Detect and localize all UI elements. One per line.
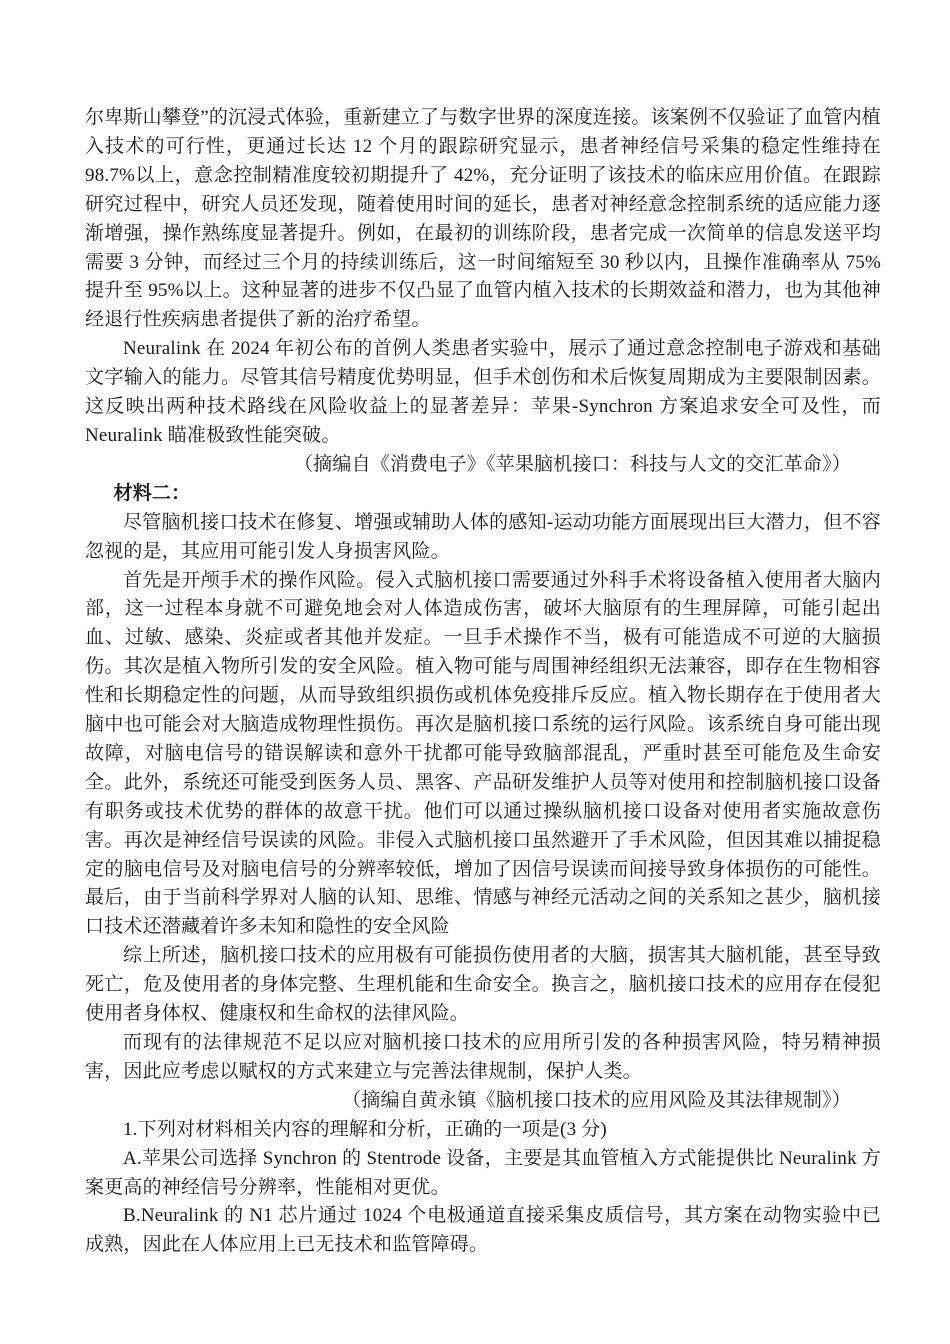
question1-stem: 1.下列对材料相关内容的理解和分析，正确的一项是(3 分) (85, 1116, 881, 1145)
material2-paragraph-legal: 而现有的法律规范不足以应对脑机接口技术的应用所引发的各种损害风险，特另精神损害，… (85, 1029, 881, 1087)
material1-attribution: （摘编自《消费电子》《苹果脑机接口：科技与人文的交汇革命》） (85, 451, 881, 480)
material1-paragraph-continuation: 尔卑斯山攀登”的沉浸式体验，重新建立了与数字世界的深度连接。该案例不仅验证了血管… (85, 104, 881, 335)
material2-paragraph-risks: 首先是开颅手术的操作风险。侵入式脑机接口需要通过外科手术将设备植入使用者大脑内部… (85, 567, 881, 943)
question1-option-a: A.苹果公司选择 Synchron 的 Stentrode 设备，主要是其血管植… (85, 1145, 881, 1203)
material2-paragraph-summary: 综上所述，脑机接口技术的应用极有可能损伤使用者的大脑，损害其大脑机能，甚至导致死… (85, 942, 881, 1029)
material2-attribution: （摘编自黄永镇《脑机接口技术的应用风险及其法律规制》） (85, 1087, 881, 1116)
material1-paragraph-neuralink: Neuralink 在 2024 年初公布的首例人类患者实验中，展示了通过意念控… (85, 335, 881, 451)
question1-option-b: B.Neuralink 的 N1 芯片通过 1024 个电极通道直接采集皮质信号… (85, 1202, 881, 1260)
material2-heading: 材料二： (85, 480, 881, 509)
document-page: 尔卑斯山攀登”的沉浸式体验，重新建立了与数字世界的深度连接。该案例不仅验证了血管… (0, 0, 950, 1344)
material2-paragraph-intro: 尽管脑机接口技术在修复、增强或辅助人体的感知-运动功能方面展现出巨大潜力，但不容… (85, 509, 881, 567)
document-content: 尔卑斯山攀登”的沉浸式体验，重新建立了与数字世界的深度连接。该案例不仅验证了血管… (85, 104, 881, 1260)
